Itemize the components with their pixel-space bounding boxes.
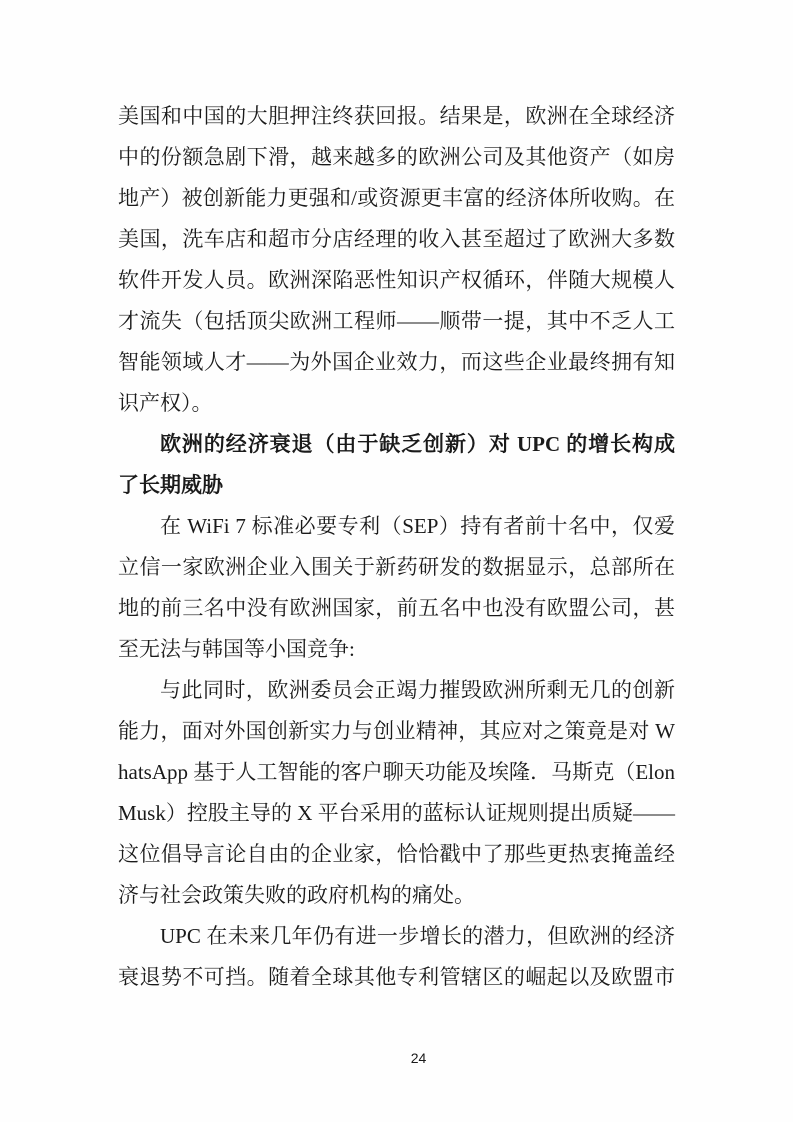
paragraph: 在 WiFi 7 标准必要专利（SEP）持有者前十名中，仅爱立信一家欧洲企业入围… [118, 506, 675, 670]
document-page: 美国和中国的大胆押注终获回报。结果是，欧洲在全球经济中的份额急剧下滑，越来越多的… [0, 0, 793, 1122]
paragraph-continuation: 美国和中国的大胆押注终获回报。结果是，欧洲在全球经济中的份额急剧下滑，越来越多的… [118, 96, 675, 424]
page-number: 24 [411, 1050, 427, 1066]
paragraph: UPC 在未来几年仍有进一步增长的潜力，但欧洲的经济衰退势不可挡。随着全球其他专… [118, 916, 675, 998]
page-content: 美国和中国的大胆押注终获回报。结果是，欧洲在全球经济中的份额急剧下滑，越来越多的… [118, 96, 675, 998]
paragraph: 与此同时，欧洲委员会正竭力摧毁欧洲所剩无几的创新能力，面对外国创新实力与创业精神… [118, 670, 675, 916]
section-heading: 欧洲的经济衰退（由于缺乏创新）对 UPC 的增长构成了长期威胁 [118, 424, 675, 506]
